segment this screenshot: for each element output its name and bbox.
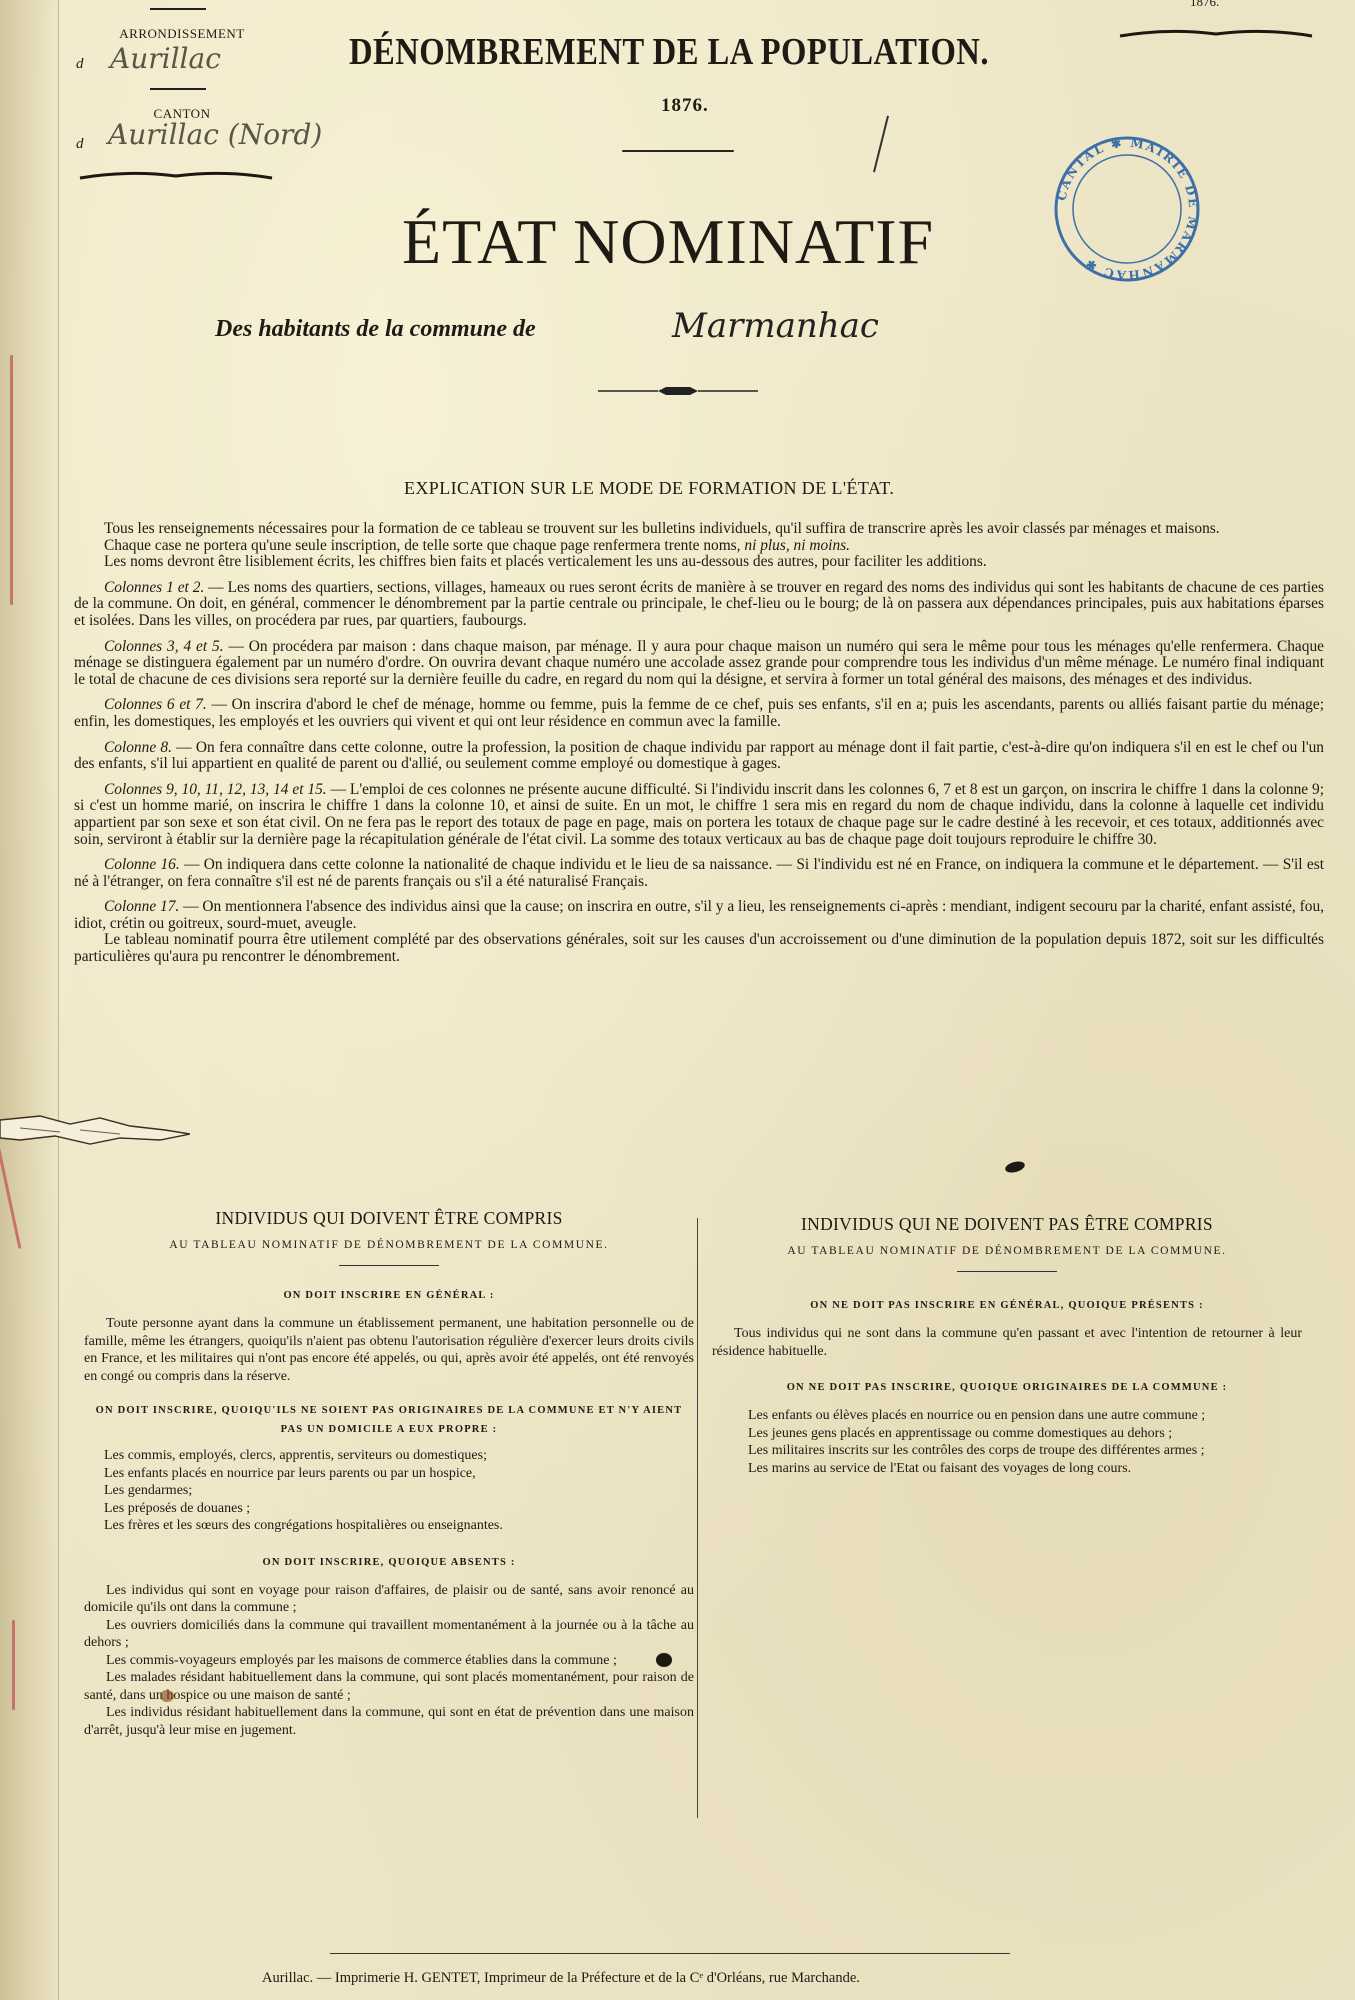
column-subtitle: AU TABLEAU NOMINATIF DE DÉNOMBREMENT DE … <box>84 1239 694 1251</box>
included-individuals-column: INDIVIDUS QUI DOIVENT ÊTRE COMPRIS AU TA… <box>84 1208 694 1739</box>
list-item: Les militaires inscrits sur les contrôle… <box>748 1442 1302 1460</box>
ink-blot <box>1004 1160 1026 1175</box>
list-item: Les enfants placés en nourrice par leurs… <box>104 1465 694 1483</box>
excluded-individuals-column: INDIVIDUS QUI NE DOIVENT PAS ÊTRE COMPRI… <box>712 1214 1302 1477</box>
section-heading: ON NE DOIT PAS INSCRIRE, QUOIQUE ORIGINA… <box>712 1382 1302 1393</box>
list-item: Les frères et les sœurs des congrégation… <box>104 1517 694 1535</box>
section-heading: PAS UN DOMICILE A EUX PROPRE : <box>84 1424 694 1435</box>
subtitle-printed: Des habitants de la commune de <box>215 316 536 343</box>
explication-title: EXPLICATION SUR LE MODE DE FORMATION DE … <box>404 478 894 499</box>
document-title: DÉNOMBREMENT DE LA POPULATION. <box>349 30 989 74</box>
divider-ornament <box>598 384 758 398</box>
column-instruction: Colonnes 1 et 2. — Les noms des quartier… <box>74 580 1324 630</box>
column-instruction: Colonne 8. — On fera connaître dans cett… <box>74 740 1324 773</box>
list-item: Les individus résidant habituellement da… <box>84 1704 694 1739</box>
canton-value: Aurillac (Nord) <box>108 118 322 151</box>
printer-imprint: Aurillac. — Imprimerie H. GENTET, Imprim… <box>262 1970 860 1987</box>
list-item: Les préposés de douanes ; <box>104 1500 694 1518</box>
etat-nominatif-title: ÉTAT NOMINATIF <box>402 205 934 279</box>
list-item: Les marins au service de l'Etat ou faisa… <box>748 1460 1302 1478</box>
column-instruction: Colonnes 6 et 7. — On inscrira d'abord l… <box>74 697 1324 730</box>
intro-paragraph: Chaque case ne portera qu'une seule insc… <box>74 538 1324 555</box>
stain <box>160 1690 174 1702</box>
ink-blot <box>656 1653 672 1667</box>
commune-name: Marmanhac <box>672 306 879 346</box>
footer-rule <box>330 1953 1010 1954</box>
list-item: Les malades résidant habituellement dans… <box>84 1669 694 1704</box>
explication-body: Tous les renseignements nécessaires pour… <box>74 521 1324 975</box>
column-instruction: Colonne 17. — On mentionnera l'absence d… <box>74 899 1324 932</box>
column-instruction: Colonnes 9, 10, 11, 12, 13, 14 et 15. — … <box>74 782 1324 848</box>
closing-paragraph: Le tableau nominatif pourra être utileme… <box>74 932 1324 965</box>
corner-year: 1876. <box>1190 0 1219 10</box>
list-item: Les ouvriers domiciliés dans la commune … <box>84 1617 694 1652</box>
section-heading: ON DOIT INSCRIRE EN GÉNÉRAL : <box>84 1290 694 1301</box>
column-rule <box>957 1271 1057 1272</box>
column-subtitle: AU TABLEAU NOMINATIF DE DÉNOMBREMENT DE … <box>712 1245 1302 1257</box>
list-item: Les jeunes gens placés en apprentissage … <box>748 1425 1302 1443</box>
pen-mark <box>873 116 889 173</box>
column-rule <box>339 1265 439 1266</box>
section-heading: ON NE DOIT PAS INSCRIRE EN GÉNÉRAL, QUOI… <box>712 1300 1302 1311</box>
arrondissement-value: Aurillac <box>110 42 221 75</box>
rule-ornament <box>150 86 210 92</box>
column-separator <box>697 1218 698 1818</box>
section-heading: ON DOIT INSCRIRE, QUOIQU'ILS NE SOIENT P… <box>84 1405 694 1416</box>
intro-paragraph: Les noms devront être lisiblement écrits… <box>74 554 1324 571</box>
mairie-stamp: CANTAL ✱ MAIRIE DE MARMANHAC ✱ <box>1052 134 1202 284</box>
column-title: INDIVIDUS QUI NE DOIVENT PAS ÊTRE COMPRI… <box>712 1214 1302 1235</box>
document-year: 1876. <box>661 95 709 117</box>
list-item: Les gendarmes; <box>104 1482 694 1500</box>
intro-paragraph: Tous les renseignements nécessaires pour… <box>74 521 1324 538</box>
paper-tear <box>0 1110 190 1152</box>
list-item: Les individus qui sont en voyage pour ra… <box>84 1582 694 1617</box>
list-item: Les commis-voyageurs employés par les ma… <box>84 1652 694 1670</box>
list-item: Les commis, employés, clercs, apprentis,… <box>104 1447 694 1465</box>
general-rule: Tous individus qui ne sont dans la commu… <box>712 1325 1302 1360</box>
section-heading: ON DOIT INSCRIRE, QUOIQUE ABSENTS : <box>84 1557 694 1568</box>
brace-ornament <box>1118 26 1314 44</box>
list-item: Les enfants ou élèves placés en nourrice… <box>748 1407 1302 1425</box>
arrondissement-label: ARRONDISSEMENT <box>110 26 254 42</box>
binding-margin <box>0 0 59 2000</box>
column-instruction: Colonnes 3, 4 et 5. — On procédera par m… <box>74 639 1324 689</box>
general-rule: Toute personne ayant dans la commune un … <box>84 1315 694 1385</box>
column-instruction: Colonne 16. — On indiquera dans cette co… <box>74 857 1324 890</box>
rule-ornament <box>150 6 210 12</box>
brace-ornament <box>78 168 274 186</box>
column-title: INDIVIDUS QUI DOIVENT ÊTRE COMPRIS <box>84 1208 694 1229</box>
title-rule <box>622 150 734 152</box>
arrondissement-prefix: d <box>76 56 84 73</box>
canton-prefix: d <box>76 136 84 153</box>
binding-thread <box>12 1620 15 1710</box>
binding-thread <box>10 355 13 605</box>
